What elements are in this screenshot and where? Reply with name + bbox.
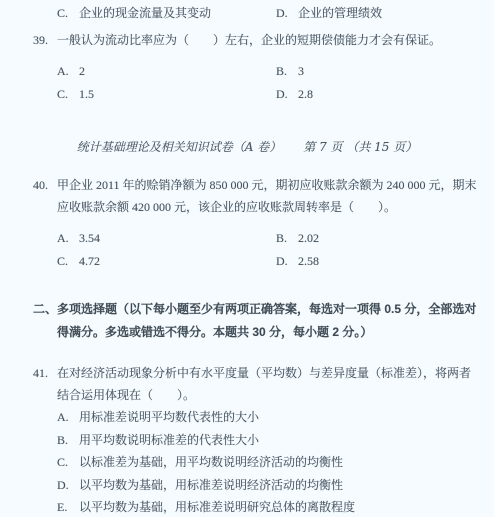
option-label: D. — [276, 250, 298, 273]
question-40-options: A.3.54 B.2.02 C.4.72 D.2.58 — [57, 227, 494, 273]
option-text: 2.02 — [298, 231, 319, 245]
option-c: C.1.5 — [57, 83, 276, 106]
option-text: 3 — [298, 64, 304, 78]
question-text: 甲企业 2011 年的赊销净额为 850 000 元，期初应收账款余额为 240… — [57, 178, 477, 214]
option-label: D. — [276, 2, 298, 24]
question-number: 41. — [33, 362, 48, 384]
prev-question-options: C.企业的现金流量及其变动 D.企业的管理绩效 — [57, 2, 480, 24]
option-text: 2 — [79, 64, 85, 78]
option-text: 以平均数为基础，用标准差说明经济活动的均衡性 — [79, 478, 343, 492]
option-d: D.2.58 — [276, 250, 494, 273]
option-b: B.用平均数说明标准差的代表性大小 — [57, 429, 494, 452]
option-c: C.4.72 — [57, 250, 276, 273]
question-text: 在对经济活动现象分析中有水平度量（平均数）与差异度量（标准差），将两者结合运用体… — [57, 366, 471, 402]
question-39-options: A.2 B.3 C.1.5 D.2.8 — [57, 60, 494, 106]
option-text: 企业的管理绩效 — [298, 6, 382, 20]
option-label: C. — [57, 250, 79, 273]
option-a: A.用标准差说明平均数代表性的大小 — [57, 406, 494, 429]
option-label: A. — [57, 227, 79, 250]
option-d: D.以平均数为基础，用标准差说明经济活动的均衡性 — [57, 474, 494, 497]
question-40: 40.甲企业 2011 年的赊销净额为 850 000 元，期初应收账款余额为 … — [57, 174, 480, 218]
option-b: B.3 — [276, 60, 494, 83]
option-label: B. — [276, 227, 298, 250]
option-text: 1.5 — [79, 87, 94, 101]
option-text: 以平均数为基础，用标准差说明研究总体的离散程度 — [79, 500, 355, 514]
question-41: 41.在对经济活动现象分析中有水平度量（平均数）与差异度量（标准差），将两者结合… — [57, 362, 480, 406]
option-c: C.企业的现金流量及其变动 — [57, 2, 276, 24]
option-label: D. — [276, 83, 298, 106]
question-39: 39.一般认为流动比率应为（ ）左右，企业的短期偿债能力才会有保证。 — [57, 29, 480, 51]
option-a: A.2 — [57, 60, 276, 83]
option-label: B. — [276, 60, 298, 83]
option-label: A. — [57, 60, 79, 83]
option-e: E.以平均数为基础，用标准差说明研究总体的离散程度 — [57, 496, 494, 517]
option-label: A. — [57, 406, 79, 429]
page-footer: 统计基础理论及相关知识试卷（A 卷）第 7 页 （共 15 页） — [0, 136, 494, 158]
option-label: C. — [57, 83, 79, 106]
section-instructions: 多项选择题（以下每小题至少有两项正确答案，每选对一项得 0.5 分，全部选对得满… — [57, 302, 476, 339]
option-label: C. — [57, 2, 79, 24]
exam-page: C.企业的现金流量及其变动 D.企业的管理绩效 39.一般认为流动比率应为（ ）… — [0, 0, 494, 517]
option-d: D.2.8 — [276, 83, 494, 106]
question-number: 40. — [33, 174, 48, 196]
option-a: A.3.54 — [57, 227, 276, 250]
question-number: 39. — [33, 29, 48, 51]
page-number-info: 第 7 页 （共 15 页） — [303, 136, 417, 158]
exam-title: 统计基础理论及相关知识试卷（A 卷） — [77, 140, 281, 154]
option-d: D.企业的管理绩效 — [276, 2, 480, 24]
option-label: C. — [57, 451, 79, 474]
option-text: 企业的现金流量及其变动 — [79, 6, 211, 20]
option-text: 用标准差说明平均数代表性的大小 — [79, 410, 259, 424]
question-text: 一般认为流动比率应为（ ）左右，企业的短期偿债能力才会有保证。 — [57, 33, 441, 47]
option-b: B.2.02 — [276, 227, 494, 250]
option-text: 2.8 — [298, 87, 313, 101]
option-text: 4.72 — [79, 254, 100, 268]
option-text: 3.54 — [79, 231, 100, 245]
option-c: C.以标准差为基础，用平均数说明经济活动的均衡性 — [57, 451, 494, 474]
section-2-heading: 二、多项选择题（以下每小题至少有两项正确答案，每选对一项得 0.5 分，全部选对… — [57, 298, 480, 344]
option-text: 2.58 — [298, 254, 319, 268]
option-label: E. — [57, 496, 79, 517]
section-number: 二、 — [33, 298, 57, 321]
option-label: B. — [57, 429, 79, 452]
question-41-options: A.用标准差说明平均数代表性的大小 B.用平均数说明标准差的代表性大小 C.以标… — [57, 406, 494, 517]
option-label: D. — [57, 474, 79, 497]
option-text: 以标准差为基础，用平均数说明经济活动的均衡性 — [79, 455, 343, 469]
option-text: 用平均数说明标准差的代表性大小 — [79, 433, 259, 447]
